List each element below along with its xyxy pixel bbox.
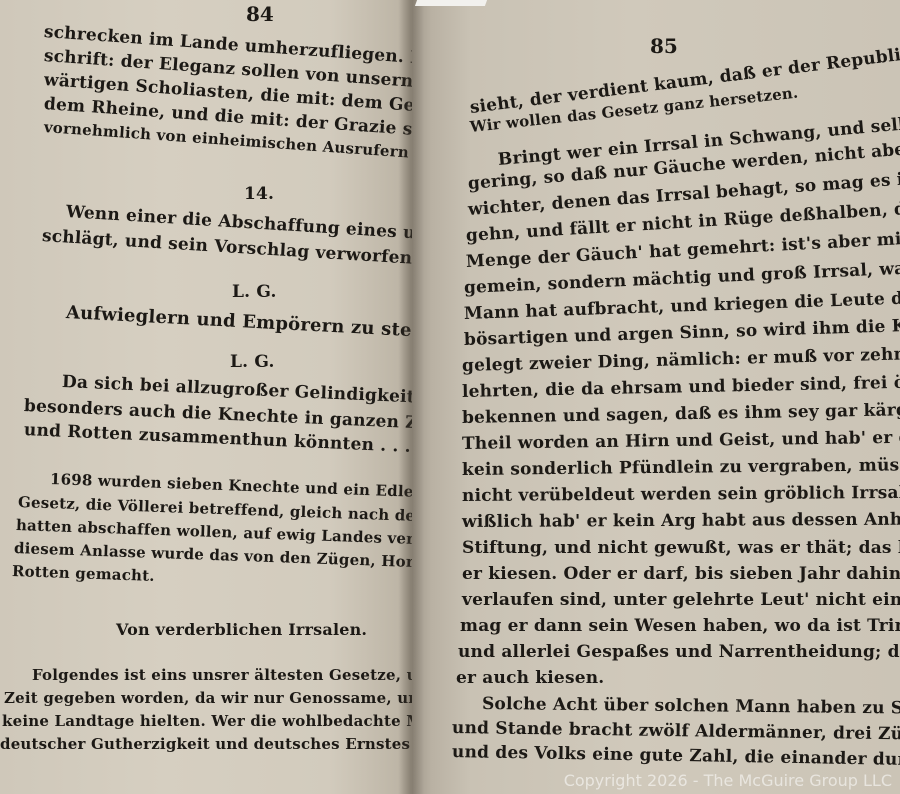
text-line: deutscher Gutherzigkeit und deutsches Er… — [0, 735, 412, 753]
note-line: Rotten gemacht. — [12, 562, 155, 585]
text-line: Stiftung, und nicht gewußt, was er thät;… — [462, 538, 900, 558]
right-page: 85 sieht, der verdient kaum, daß er der … — [412, 0, 900, 794]
text-line: und des Volks eine gute Zahl, die einand… — [452, 742, 900, 771]
left-page: 84 schrecken im Lande umherzufliegen. Di… — [0, 0, 412, 794]
text-line: kein sonderlich Pfündlein zu vergraben, … — [462, 454, 900, 480]
text-line: mag er dann sein Wesen haben, wo da ist … — [460, 616, 900, 636]
text-line: keine Landtage hielten. Wer die wohlbeda… — [2, 712, 412, 730]
page-number-left: 84 — [246, 2, 274, 26]
text-line: Theil worden an Hirn und Geist, und hab'… — [462, 427, 900, 454]
page-corner — [415, 0, 487, 6]
text-line: Zeit gegeben worden, da wir nur Genossam… — [4, 689, 412, 707]
text-line: bekennen und sagen, daß es ihm sey gar k… — [462, 399, 900, 428]
text-line: nicht verübeldeut werden sein gröblich I… — [462, 482, 900, 506]
lg-marker: L. G. — [230, 352, 275, 372]
section-number: 14. — [244, 184, 274, 204]
text-line: verlaufen sind, unter gelehrte Leut' nic… — [462, 590, 900, 610]
text-line: er kiesen. Oder er darf, bis sieben Jahr… — [462, 564, 900, 584]
text-line: Folgendes ist eins unsrer ältesten Geset… — [32, 666, 412, 684]
text-line: und allerlei Gespaßes und Narrentheidung… — [458, 642, 900, 662]
book-spread: 84 schrecken im Lande umherzufliegen. Di… — [0, 0, 900, 794]
text-line: und Stande bracht zwölf Aldermänner, dre… — [452, 718, 900, 745]
text-line: wißlich hab' er kein Arg habt aus dessen… — [462, 509, 900, 532]
book-gutter — [398, 0, 424, 794]
text-line: Aufwieglern und Empörern zu steuren . . … — [65, 302, 412, 346]
page-number-right: 85 — [650, 34, 678, 58]
text-line: lehrten, die da ehrsam und bieder sind, … — [462, 371, 900, 402]
text-line: Solche Acht über solchen Mann haben zu S… — [482, 694, 900, 719]
text-line: er auch kiesen. — [456, 668, 604, 688]
chapter-heading: Von verderblichen Irrsalen. — [116, 620, 367, 639]
lg-marker: L. G. — [232, 282, 277, 302]
copyright-watermark: Copyright 2026 - The McGuire Group LLC — [564, 771, 892, 790]
text-line: gelegt zweier Ding, nämlich: er muß vor … — [462, 343, 900, 376]
